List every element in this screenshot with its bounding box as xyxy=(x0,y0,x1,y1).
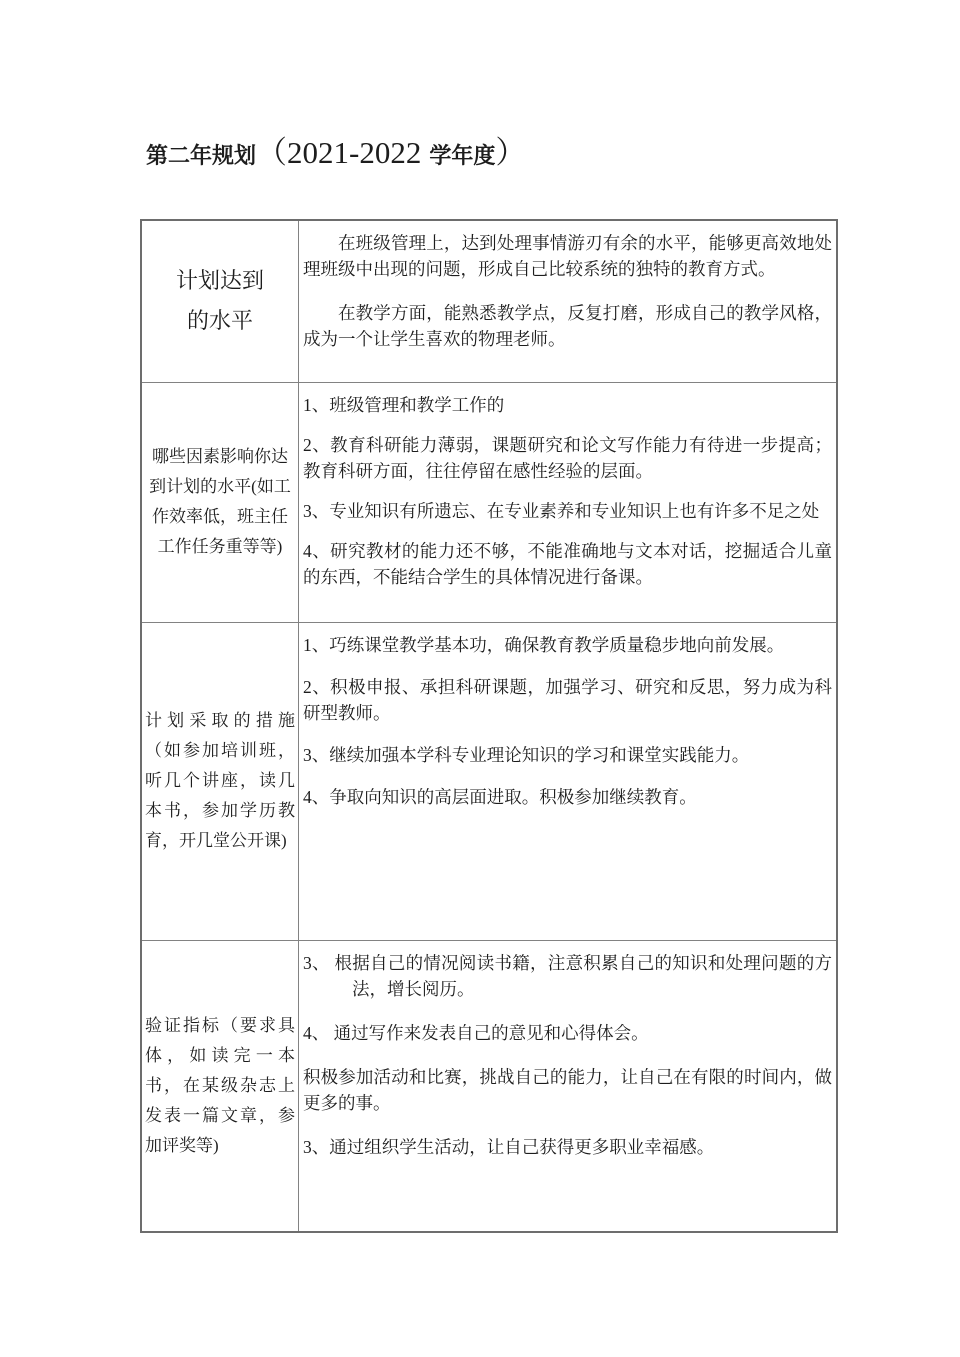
cell-goal-level-content: 在班级管理上，达到处理事情游刃有余的水平，能够更高效地处理班级中出现的问题，形成… xyxy=(299,220,838,382)
document-page: 第二年规划（2021-2022学年度） 计划达到 的水平 在班级管理上，达到处理… xyxy=(0,0,960,1357)
table-row-goal-level: 计划达到 的水平 在班级管理上，达到处理事情游刃有余的水平，能够更高效地处理班级… xyxy=(141,220,837,382)
table-row-limiting-factors: 哪些因素影响你达到计划的水平(如工作效率低，班主任工作任务重等等) 1、班级管理… xyxy=(141,382,837,622)
paragraph: 4、 通过写作来发表自己的意见和心得体会。 xyxy=(303,1020,832,1046)
cell-verification-indicators-content: 3、 根据自己的情况阅读书籍，注意积累自己的知识和处理问题的方法，增长阅历。 4… xyxy=(299,940,838,1232)
title-close-paren: ） xyxy=(495,135,526,170)
row-header-goal-level: 计划达到 的水平 xyxy=(141,220,299,382)
row-header-verification-indicators: 验证指标（要求具体，如读完一本书，在某级杂志上发表一篇文章，参加评奖等) xyxy=(141,940,299,1232)
row-header-planned-measures: 计划采取的措施（如参加培训班，听几个讲座，读几本书，参加学历教育，开几堂公开课) xyxy=(141,622,299,940)
paragraph: 3、 根据自己的情况阅读书籍，注意积累自己的知识和处理问题的方法，增长阅历。 xyxy=(303,950,832,1002)
title-year: 2021-2022 xyxy=(287,135,421,170)
paragraph: 积极参加活动和比赛，挑战自己的能力，让自己在有限的时间内，做更多的事。 xyxy=(303,1064,832,1116)
paragraph: 4、研究教材的能力还不够，不能准确地与文本对话，挖掘适合儿童的东西，不能结合学生… xyxy=(303,538,832,590)
title-text: 第二年规划 xyxy=(146,143,256,168)
row-header-limiting-factors: 哪些因素影响你达到计划的水平(如工作效率低，班主任工作任务重等等) xyxy=(141,382,299,622)
paragraph: 2、教育科研能力薄弱，课题研究和论文写作能力有待进一步提高；教育科研方面，往往停… xyxy=(303,432,832,484)
title-suffix: 学年度 xyxy=(429,143,495,168)
paragraph: 1、班级管理和教学工作的 xyxy=(303,392,832,418)
cell-planned-measures-content: 1、巧练课堂教学基本功，确保教育教学质量稳步地向前发展。 2、积极申报、承担科研… xyxy=(299,622,838,940)
paragraph: 2、积极申报、承担科研课题，加强学习、研究和反思，努力成为科研型教师。 xyxy=(303,674,832,726)
paragraph: 3、继续加强本学科专业理论知识的学习和课堂实践能力。 xyxy=(303,742,832,768)
paragraph: 3、通过组织学生活动，让自己获得更多职业幸福感。 xyxy=(303,1134,832,1160)
cell-limiting-factors-content: 1、班级管理和教学工作的 2、教育科研能力薄弱，课题研究和论文写作能力有待进一步… xyxy=(299,382,838,622)
table-row-verification-indicators: 验证指标（要求具体，如读完一本书，在某级杂志上发表一篇文章，参加评奖等) 3、 … xyxy=(141,940,837,1232)
paragraph: 4、争取向知识的高层面进取。积极参加继续教育。 xyxy=(303,784,832,810)
paragraph: 3、专业知识有所遗忘、在专业素养和专业知识上也有许多不足之处 xyxy=(303,498,832,524)
document-title: 第二年规划（2021-2022学年度） xyxy=(146,131,526,178)
paragraph: 在班级管理上，达到处理事情游刃有余的水平，能够更高效地处理班级中出现的问题，形成… xyxy=(303,230,832,282)
title-open-paren: （ xyxy=(256,135,287,170)
paragraph: 1、巧练课堂教学基本功，确保教育教学质量稳步地向前发展。 xyxy=(303,632,832,658)
plan-table: 计划达到 的水平 在班级管理上，达到处理事情游刃有余的水平，能够更高效地处理班级… xyxy=(140,219,838,1233)
table-row-planned-measures: 计划采取的措施（如参加培训班，听几个讲座，读几本书，参加学历教育，开几堂公开课)… xyxy=(141,622,837,940)
paragraph: 在教学方面，能熟悉教学点，反复打磨，形成自己的教学风格，成为一个让学生喜欢的物理… xyxy=(303,300,832,352)
